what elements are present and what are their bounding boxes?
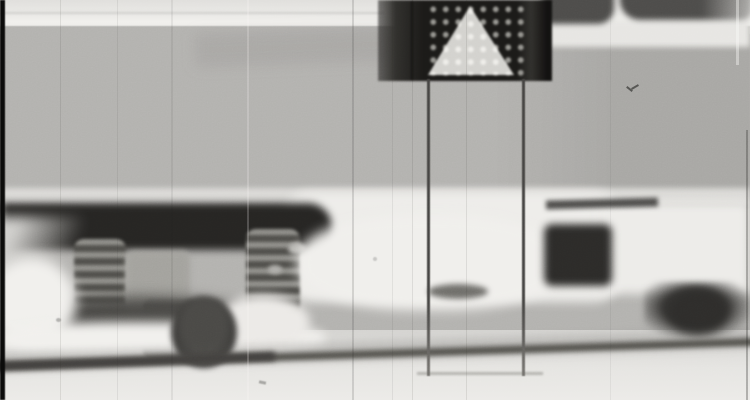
under-window-light-band xyxy=(535,20,750,47)
film-speck xyxy=(373,257,377,261)
panel-soft-shadow xyxy=(194,27,395,68)
film-scratch xyxy=(60,0,61,400)
film-scratch-light xyxy=(736,0,739,65)
film-scratch xyxy=(466,0,467,400)
dark-equipment-patch xyxy=(544,224,612,286)
sign-post-right xyxy=(522,79,525,376)
film-scratch-light xyxy=(247,0,249,400)
highlight-spot xyxy=(268,265,282,274)
film-scratch xyxy=(746,130,748,400)
sign-post-base xyxy=(417,372,543,375)
film-still-frame xyxy=(0,0,750,400)
film-speck xyxy=(56,318,61,322)
dot-matrix-sign xyxy=(378,0,552,81)
tram-window-right xyxy=(620,0,750,20)
sign-post-left xyxy=(427,79,430,376)
roofline-seam xyxy=(0,12,384,14)
film-scratch xyxy=(412,0,413,400)
film-scratch xyxy=(610,0,611,400)
lower-body-light-right xyxy=(598,202,750,294)
film-scratch xyxy=(171,0,173,400)
film-scratch xyxy=(352,0,354,400)
frame-edge-bar xyxy=(0,0,5,400)
film-scratch xyxy=(117,0,118,400)
tram-window-left xyxy=(542,0,614,24)
film-scratch xyxy=(392,0,393,400)
shadow-smudge xyxy=(428,284,488,299)
